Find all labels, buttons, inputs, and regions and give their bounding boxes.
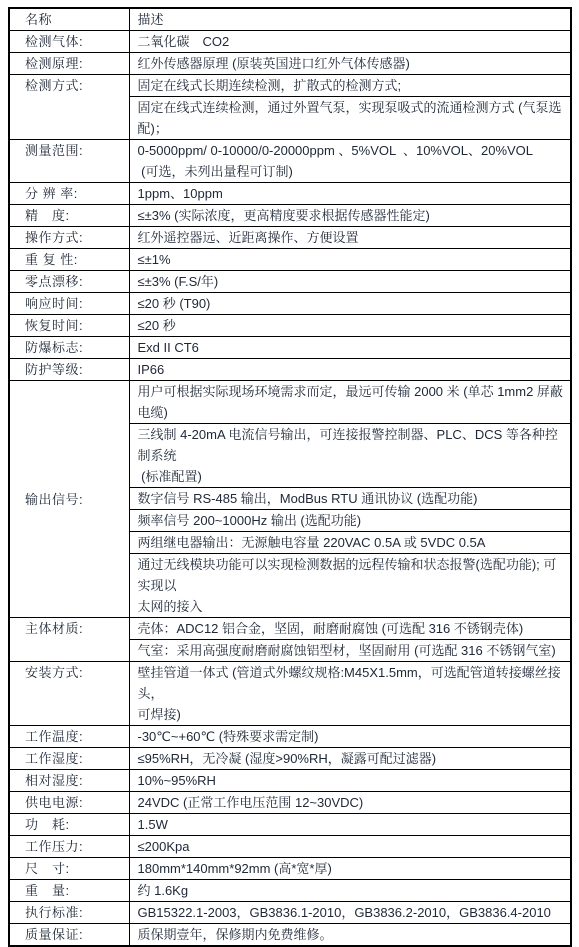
spec-value: ≤20 秒 (129, 315, 571, 337)
spec-row: 检测气体:二氧化碳 CO2 (9, 31, 571, 53)
spec-label: 防爆标志: (9, 337, 129, 359)
spec-value: 质保期壹年，保修期内免费维修。 (129, 924, 571, 947)
spec-value: 固定在线式长期连续检测，扩散式的检测方式; (129, 75, 571, 97)
spec-label: 工作温度: (9, 726, 129, 748)
spec-row: 输出信号:用户可根据实际现场环境需求而定，最远可传输 2000 米 (单芯 1m… (9, 381, 571, 424)
spec-row: 零点漂移:≤±3% (F.S/年) (9, 271, 571, 293)
spec-value: 壳体：ADC12 铝合金，坚固，耐磨耐腐蚀 (可选配 316 不锈钢壳体) (129, 618, 571, 640)
spec-value: 约 1.6Kg (129, 880, 571, 902)
spec-label: 工作压力: (9, 836, 129, 858)
spec-value: ≤200Kpa (129, 836, 571, 858)
spec-value: 红外遥控器远、近距离操作、方便设置 (129, 227, 571, 249)
spec-row: 精 度:≤±3% (实际浓度，更高精度要求根据传感器性能定) (9, 205, 571, 227)
spec-label: 分 辨 率: (9, 183, 129, 205)
spec-label: 检测气体: (9, 31, 129, 53)
spec-value: ≤±3% (实际浓度，更高精度要求根据传感器性能定) (129, 205, 571, 227)
spec-page: 名称 描述 检测气体:二氧化碳 CO2检测原理:红外传感器原理 (原装英国进口红… (0, 0, 579, 860)
spec-value: ≤±1% (129, 249, 571, 271)
spec-value: GB15322.1-2003，GB3836.1-2010，GB3836.2-20… (129, 902, 571, 924)
spec-row: 相对湿度:10%~95%RH (9, 770, 571, 792)
spec-value: ≤±3% (F.S/年) (129, 271, 571, 293)
spec-label: 重 复 性: (9, 249, 129, 271)
spec-label: 输出信号: (9, 381, 129, 618)
spec-header-row: 名称 描述 (9, 8, 571, 31)
spec-label: 安装方式: (9, 662, 129, 726)
spec-label: 零点漂移: (9, 271, 129, 293)
spec-value: 10%~95%RH (129, 770, 571, 792)
spec-value: 1ppm、10ppm (129, 183, 571, 205)
spec-value: 24VDC (正常工作电压范围 12~30VDC) (129, 792, 571, 814)
spec-table-body: 名称 描述 检测气体:二氧化碳 CO2检测原理:红外传感器原理 (原装英国进口红… (9, 8, 571, 946)
spec-row: 防护等级:IP66 (9, 359, 571, 381)
spec-header-desc: 描述 (129, 8, 571, 31)
spec-value: 气室：采用高强度耐磨耐腐蚀铝型材，坚固耐用 (可选配 316 不锈钢气室) (129, 640, 571, 662)
spec-value: 壁挂管道一体式 (管道式外螺纹规格:M45X1.5mm，可选配管道转接螺丝接头，… (129, 662, 571, 726)
spec-row: 重 复 性:≤±1% (9, 249, 571, 271)
spec-header-name: 名称 (9, 8, 129, 31)
spec-row: 检测方式:固定在线式长期连续检测，扩散式的检测方式; (9, 75, 571, 97)
spec-row: 执行标准:GB15322.1-2003，GB3836.1-2010，GB3836… (9, 902, 571, 924)
spec-value: 三线制 4-20mA 电流信号输出，可连接报警控制器、PLC、DCS 等各种控制… (129, 424, 571, 488)
spec-value: 通过无线模块功能可以实现检测数据的远程传输和状态报警(选配功能); 可实现以 太… (129, 554, 571, 618)
spec-row: 分 辨 率:1ppm、10ppm (9, 183, 571, 205)
spec-label: 防护等级: (9, 359, 129, 381)
spec-label: 测量范围: (9, 140, 129, 183)
spec-label: 质量保证: (9, 924, 129, 947)
spec-row: 工作压力:≤200Kpa (9, 836, 571, 858)
spec-row: 响应时间:≤20 秒 (T90) (9, 293, 571, 315)
spec-value: 1.5W (129, 814, 571, 836)
spec-value: 两组继电器输出：无源触电容量 220VAC 0.5A 或 5VDC 0.5A (129, 532, 571, 554)
spec-label: 重 量: (9, 880, 129, 902)
spec-value: 频率信号 200~1000Hz 输出 (选配功能) (129, 510, 571, 532)
spec-row: 重 量:约 1.6Kg (9, 880, 571, 902)
spec-value: 红外传感器原理 (原装英国进口红外气体传感器) (129, 53, 571, 75)
spec-row: 安装方式:壁挂管道一体式 (管道式外螺纹规格:M45X1.5mm，可选配管道转接… (9, 662, 571, 726)
spec-label: 检测原理: (9, 53, 129, 75)
spec-value: 二氧化碳 CO2 (129, 31, 571, 53)
spec-label: 检测方式: (9, 75, 129, 140)
spec-label: 尺 寸: (9, 858, 129, 880)
spec-label: 恢复时间: (9, 315, 129, 337)
spec-row: 恢复时间:≤20 秒 (9, 315, 571, 337)
spec-value: 180mm*140mm*92mm (高*宽*厚) (129, 858, 571, 880)
spec-table: 名称 描述 检测气体:二氧化碳 CO2检测原理:红外传感器原理 (原装英国进口红… (8, 7, 572, 947)
spec-row: 质量保证:质保期壹年，保修期内免费维修。 (9, 924, 571, 947)
spec-value: 数字信号 RS-485 输出，ModBus RTU 通讯协议 (选配功能) (129, 488, 571, 510)
spec-row: 供电电源:24VDC (正常工作电压范围 12~30VDC) (9, 792, 571, 814)
spec-label: 精 度: (9, 205, 129, 227)
spec-row: 测量范围:0-5000ppm/ 0-10000/0-20000ppm 、5%VO… (9, 140, 571, 183)
spec-label: 操作方式: (9, 227, 129, 249)
spec-row: 功 耗:1.5W (9, 814, 571, 836)
spec-label: 执行标准: (9, 902, 129, 924)
spec-value: -30℃~+60℃ (特殊要求需定制) (129, 726, 571, 748)
spec-label: 功 耗: (9, 814, 129, 836)
spec-value: 用户可根据实际现场环境需求而定，最远可传输 2000 米 (单芯 1mm2 屏蔽… (129, 381, 571, 424)
spec-label: 相对湿度: (9, 770, 129, 792)
spec-value: 0-5000ppm/ 0-10000/0-20000ppm 、5%VOL 、10… (129, 140, 571, 183)
spec-row: 尺 寸:180mm*140mm*92mm (高*宽*厚) (9, 858, 571, 880)
spec-value: IP66 (129, 359, 571, 381)
spec-row: 检测原理:红外传感器原理 (原装英国进口红外气体传感器) (9, 53, 571, 75)
spec-label: 响应时间: (9, 293, 129, 315)
spec-row: 防爆标志:Exd II CT6 (9, 337, 571, 359)
spec-value: ≤95%RH，无冷凝 (湿度>90%RH，凝露可配过滤器) (129, 748, 571, 770)
spec-row: 主体材质:壳体：ADC12 铝合金，坚固，耐磨耐腐蚀 (可选配 316 不锈钢壳… (9, 618, 571, 640)
spec-label: 主体材质: (9, 618, 129, 662)
spec-value: Exd II CT6 (129, 337, 571, 359)
spec-value: 固定在线式连续检测，通过外置气泵，实现泵吸式的流通检测方式 (气泵选配)； (129, 97, 571, 140)
spec-label: 工作湿度: (9, 748, 129, 770)
spec-row: 工作温度:-30℃~+60℃ (特殊要求需定制) (9, 726, 571, 748)
spec-label: 供电电源: (9, 792, 129, 814)
spec-value: ≤20 秒 (T90) (129, 293, 571, 315)
spec-row: 工作湿度:≤95%RH，无冷凝 (湿度>90%RH，凝露可配过滤器) (9, 748, 571, 770)
spec-row: 操作方式:红外遥控器远、近距离操作、方便设置 (9, 227, 571, 249)
